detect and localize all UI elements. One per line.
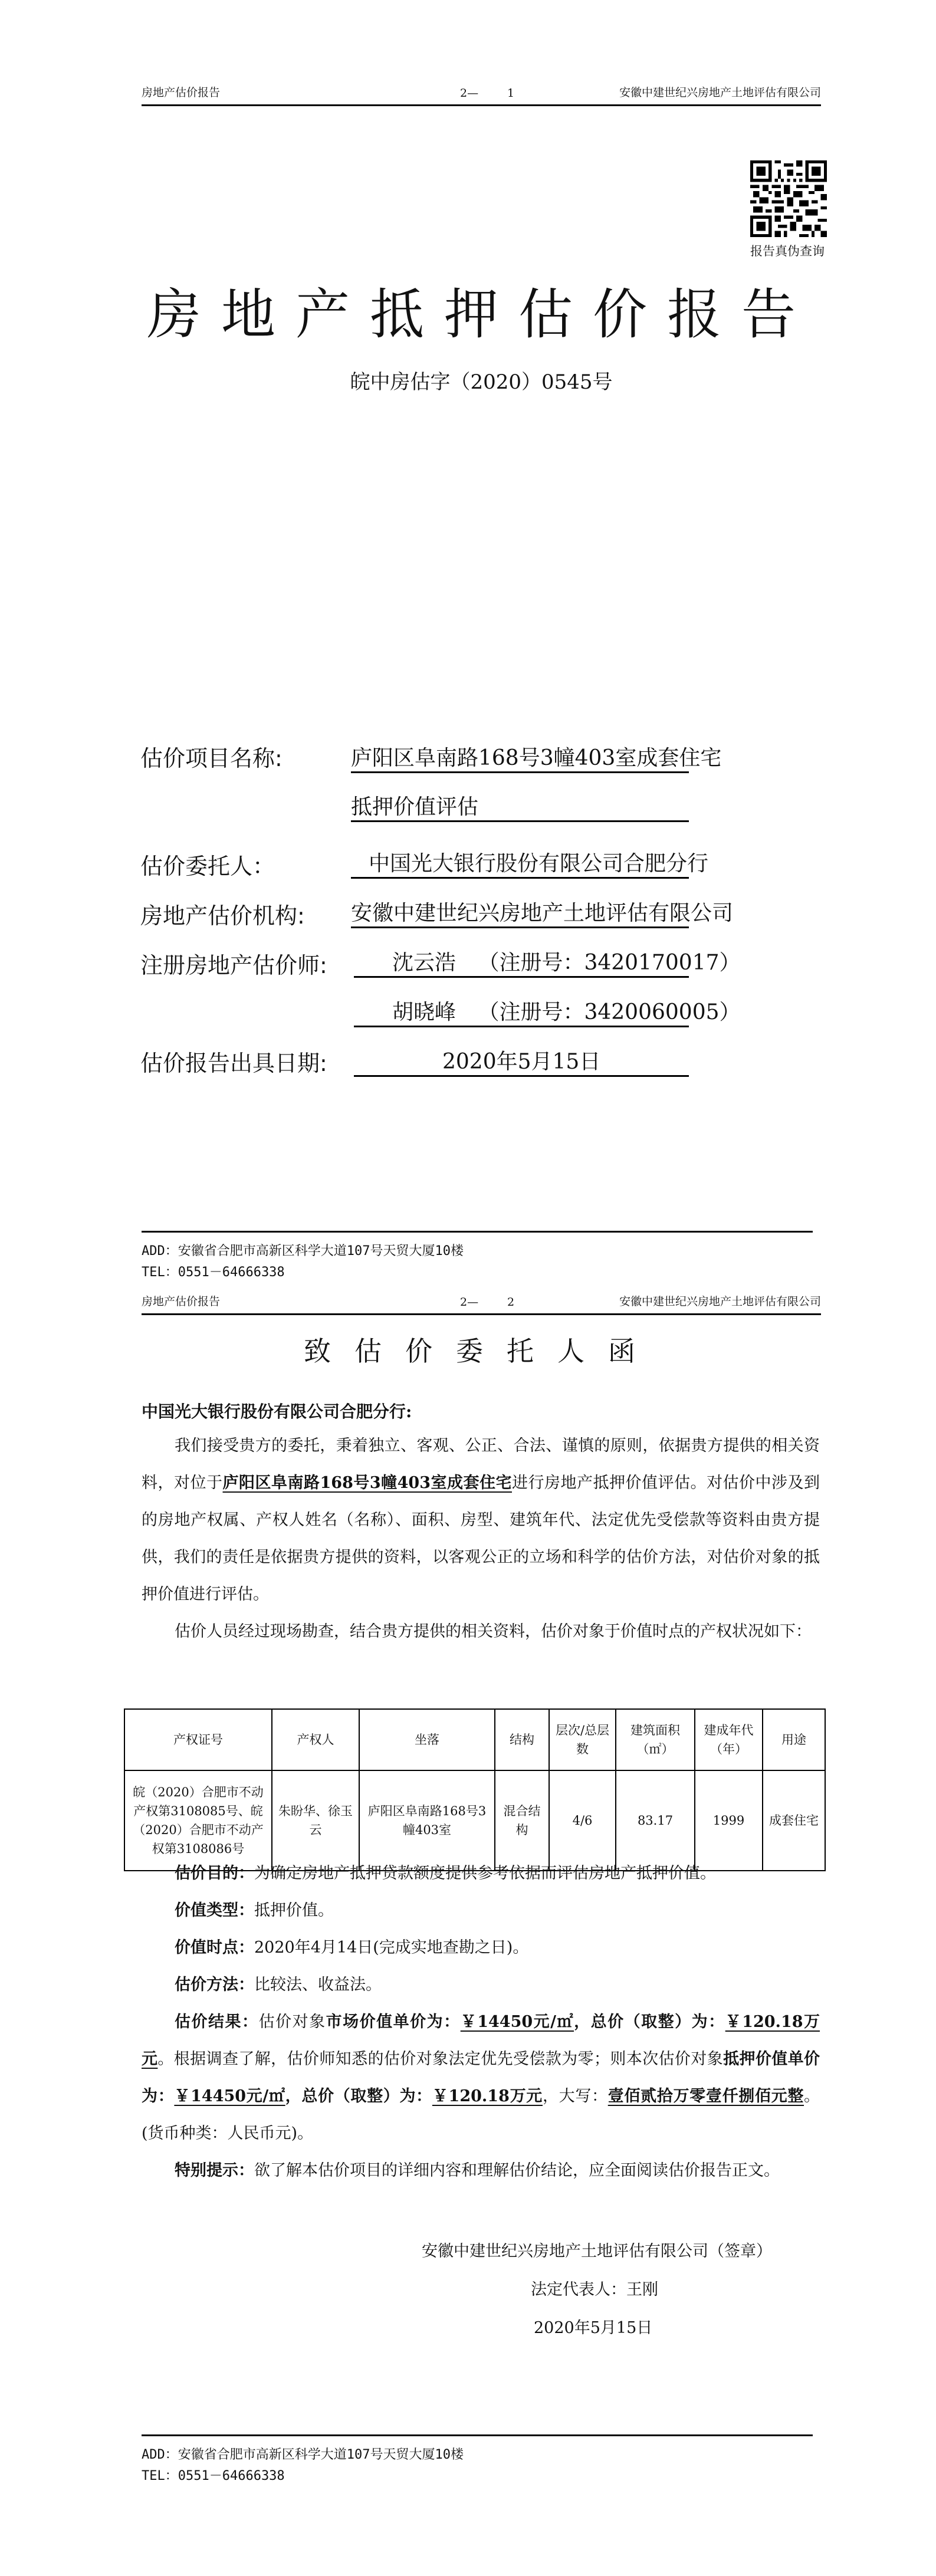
header-left: 房地产估价报告 xyxy=(142,1293,220,1309)
project-name-value-line2: 抵押价值评估 xyxy=(351,790,689,822)
appraiser-label: 注册房地产估价师: xyxy=(140,947,327,980)
project-name-label: 估价项目名称: xyxy=(140,740,283,773)
footer-address: ADD：安徽省合肥市高新区科学大道107号天贸大厦10楼 xyxy=(142,2444,813,2466)
footer-address: ADD：安徽省合肥市高新区科学大道107号天贸大厦10楼 xyxy=(142,1241,813,1262)
header-page-num: 2 xyxy=(507,1296,514,1309)
footer-phone: TEL：0551－64666338 xyxy=(142,2466,813,2487)
table-header-row: 产权证号 产权人 坐落 结构 层次/总层数 建筑面积（㎡） 建成年代（年） 用途 xyxy=(124,1709,825,1770)
header-page-prefix: 2— xyxy=(460,1296,478,1309)
paragraph-ownership: 估价人员经过现场勘查，结合贵方提供的相关资料，估价对象于价值时点的产权状况如下： xyxy=(142,1613,820,1650)
page-header-2: 房地产估价报告 2— 2 安徽中建世纪兴房地产土地评估有限公司 xyxy=(142,1280,821,1315)
col-header: 产权人 xyxy=(272,1709,359,1770)
appraiser-reg: （注册号：3420170017） xyxy=(478,951,740,975)
signature-date: 2020年5月15日 xyxy=(534,2315,652,2338)
letter-heading: 致估价委托人函 xyxy=(142,1330,821,1369)
mortgage-total-chinese: 壹佰贰拾万零壹仟捌佰元整 xyxy=(608,2087,804,2105)
header-page-prefix: 2— xyxy=(460,87,478,100)
method-label: 估价方法： xyxy=(175,1976,254,1994)
note-label: 特别提示： xyxy=(175,2161,254,2180)
client-label: 估价委托人： xyxy=(140,848,275,880)
result-paragraph: 估价结果：估价对象市场价值单价为：￥14450元/㎡，总价（取整）为：￥120.… xyxy=(142,2003,820,2152)
header-right: 安徽中建世纪兴房地产土地评估有限公司 xyxy=(619,84,821,100)
result-text: 市场价值单价为： xyxy=(326,2013,461,2031)
col-header: 产权证号 xyxy=(124,1709,272,1770)
market-unit-price: ￥14450元/㎡ xyxy=(461,2013,574,2031)
report-date-label: 估价报告出具日期: xyxy=(140,1045,327,1077)
mortgage-unit-price: ￥14450元/㎡ xyxy=(174,2087,285,2105)
document-number: 皖中房估字（2020）0545号 xyxy=(142,366,821,395)
value-type-line: 价值类型：抵押价值。 xyxy=(142,1892,820,1929)
qr-label: 报告真伪查询 xyxy=(750,242,839,259)
project-name-value-line1: 庐阳区阜南路168号3幢403室成套住宅 xyxy=(351,741,689,773)
mortgage-total-price: ￥120.18万元 xyxy=(432,2087,543,2105)
page-footer: ADD：安徽省合肥市高新区科学大道107号天贸大厦10楼 TEL：0551－64… xyxy=(142,1231,813,1283)
report-title: 房地产抵押估价报告 xyxy=(142,271,821,349)
result-text: ，总价（取整）为： xyxy=(574,2013,725,2031)
method-line: 估价方法：比较法、收益法。 xyxy=(142,1966,820,2003)
method-value: 比较法、收益法。 xyxy=(254,1976,382,1994)
paragraph-intro: 我们接受贵方的委托，秉着独立、客观、公正、合法、谨慎的原则，依据贵方提供的相关资… xyxy=(142,1427,820,1613)
result-text: ，大写： xyxy=(543,2087,608,2105)
property-table: 产权证号 产权人 坐落 结构 层次/总层数 建筑面积（㎡） 建成年代（年） 用途… xyxy=(124,1708,826,1871)
value-date-line: 价值时点：2020年4月14日(完成实地查勘之日)。 xyxy=(142,1929,820,1966)
page-footer-2: ADD：安徽省合肥市高新区科学大道107号天贸大厦10楼 TEL：0551－64… xyxy=(142,2434,813,2487)
note-paragraph: 特别提示：欲了解本估价项目的详细内容和理解估价结论，应全面阅读估价报告正文。 xyxy=(142,2152,820,2189)
note-value: 欲了解本估价项目的详细内容和理解估价结论，应全面阅读估价报告正文。 xyxy=(254,2161,780,2180)
header-right: 安徽中建世纪兴房地产土地评估有限公司 xyxy=(619,1293,821,1309)
appraiser-reg: （注册号：3420060005） xyxy=(478,1000,740,1024)
purpose-label: 估价目的： xyxy=(175,1864,254,1882)
appraiser-row-2: 胡晓峰 （注册号：3420060005） xyxy=(354,995,689,1027)
value-type-label: 价值类型： xyxy=(175,1901,254,1920)
appraiser-name: 胡晓峰 xyxy=(392,1000,456,1024)
intro-text-b: 进行房地产抵押价值评估。对估价中涉及到的房地产权属、产权人姓名（名称）、面积、房… xyxy=(142,1474,820,1604)
col-header: 结构 xyxy=(495,1709,549,1770)
page-1: 房地产估价报告 2— 1 安徽中建世纪兴房地产土地评估有限公司 报告真伪查询 房… xyxy=(0,0,936,1280)
qr-code-icon[interactable] xyxy=(750,160,827,237)
client-value: 中国光大银行股份有限公司合肥分行 xyxy=(351,847,689,879)
appraiser-row-1: 沈云浩 （注册号：3420170017） xyxy=(354,946,689,978)
page-header: 房地产估价报告 2— 1 安徽中建世纪兴房地产土地评估有限公司 xyxy=(142,71,821,106)
signature-representative: 法定代表人：王刚 xyxy=(531,2276,658,2299)
signature-company: 安徽中建世纪兴房地产土地评估有限公司（签章） xyxy=(422,2238,772,2261)
col-header: 坐落 xyxy=(359,1709,495,1770)
property-address-highlight: 庐阳区阜南路168号3幢403室成套住宅 xyxy=(223,1474,513,1492)
col-header: 建成年代（年） xyxy=(695,1709,763,1770)
salutation: 中国光大银行股份有限公司合肥分行: xyxy=(142,1393,820,1430)
col-header: 用途 xyxy=(763,1709,825,1770)
value-date-value: 2020年4月14日(完成实地查勘之日)。 xyxy=(254,1938,528,1957)
header-left: 房地产估价报告 xyxy=(142,84,220,100)
col-header: 层次/总层数 xyxy=(549,1709,616,1770)
agency-value: 安徽中建世纪兴房地产土地评估有限公司 xyxy=(351,896,689,928)
header-page-num: 1 xyxy=(507,87,514,100)
purpose-line: 估价目的：为确定房地产抵押贷款额度提供参考依据而评估房地产抵押价值。 xyxy=(142,1855,820,1892)
col-header: 建筑面积（㎡） xyxy=(616,1709,695,1770)
value-date-label: 价值时点： xyxy=(175,1938,254,1957)
result-text: 。根据调查了解，估价师知悉的估价对象法定优先受偿款为零；则本次估价对象 xyxy=(157,2050,723,2068)
value-type-value: 抵押价值。 xyxy=(254,1901,334,1920)
result-text: 估价对象 xyxy=(259,2013,326,2031)
report-date-value: 2020年5月15日 xyxy=(354,1045,689,1077)
agency-label: 房地产估价机构: xyxy=(140,898,305,930)
result-label: 估价结果： xyxy=(175,2013,259,2031)
purpose-value: 为确定房地产抵押贷款额度提供参考依据而评估房地产抵押价值。 xyxy=(254,1864,716,1882)
appraiser-name: 沈云浩 xyxy=(392,951,456,975)
result-text: ，总价（取整）为： xyxy=(285,2087,432,2105)
